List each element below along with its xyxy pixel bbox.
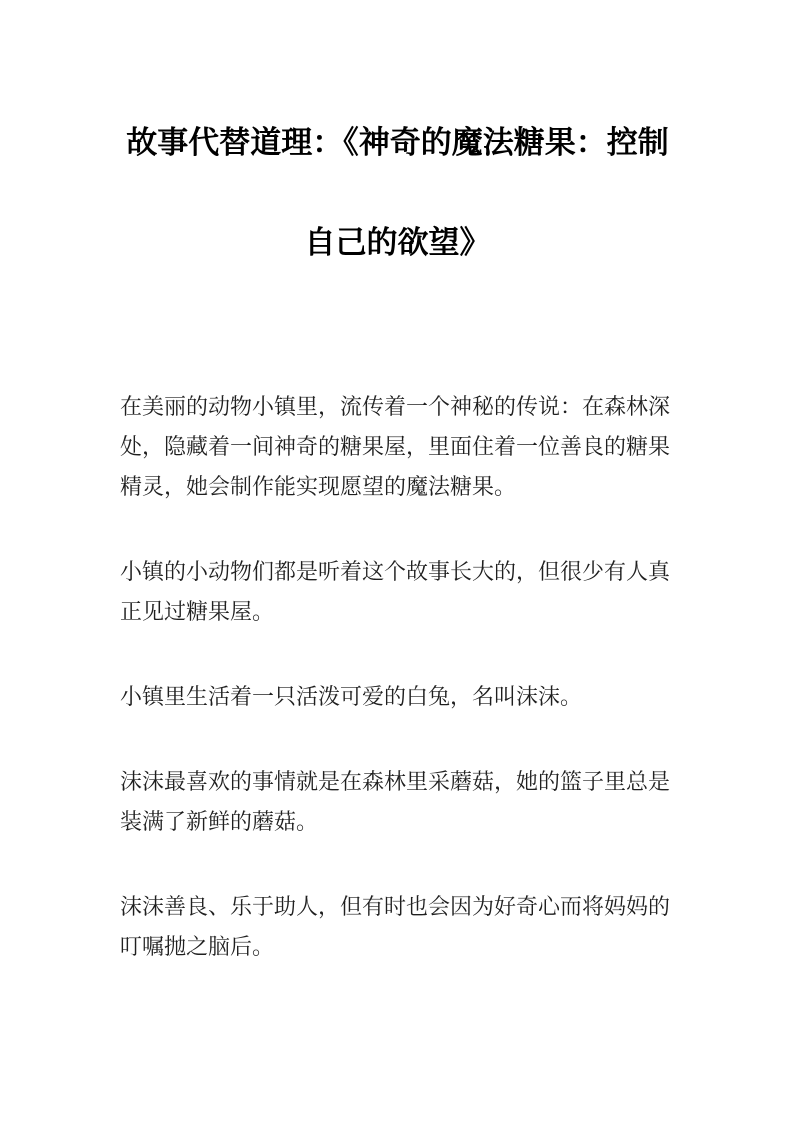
paragraph-white-rabbit-momo: 小镇里生活着一只活泼可爱的白兔，名叫沫沫。 — [120, 677, 675, 717]
document-title: 故事代替道理：《神奇的魔法糖果：控制 自己的欲望》 — [120, 93, 675, 293]
paragraph-animals-grew-up-with-story: 小镇的小动物们都是听着这个故事长大的，但很少有人真正见过糖果屋。 — [120, 552, 675, 632]
document-title-line-2: 自己的欲望》 — [120, 193, 675, 293]
document-page: 故事代替道理：《神奇的魔法糖果：控制 自己的欲望》 在美丽的动物小镇里，流传着一… — [0, 0, 793, 1122]
paragraph-momo-curiosity: 沫沫善良、乐于助人，但有时也会因为好奇心而将妈妈的叮嘱抛之脑后。 — [120, 887, 675, 967]
document-title-line-1: 故事代替道理：《神奇的魔法糖果：控制 — [120, 93, 675, 193]
paragraph-legend-of-candy-house: 在美丽的动物小镇里，流传着一个神秘的传说：在森林深处，隐藏着一间神奇的糖果屋，里… — [120, 387, 675, 507]
paragraph-momo-picking-mushrooms: 沫沫最喜欢的事情就是在森林里采蘑菇，她的篮子里总是装满了新鲜的蘑菇。 — [120, 762, 675, 842]
